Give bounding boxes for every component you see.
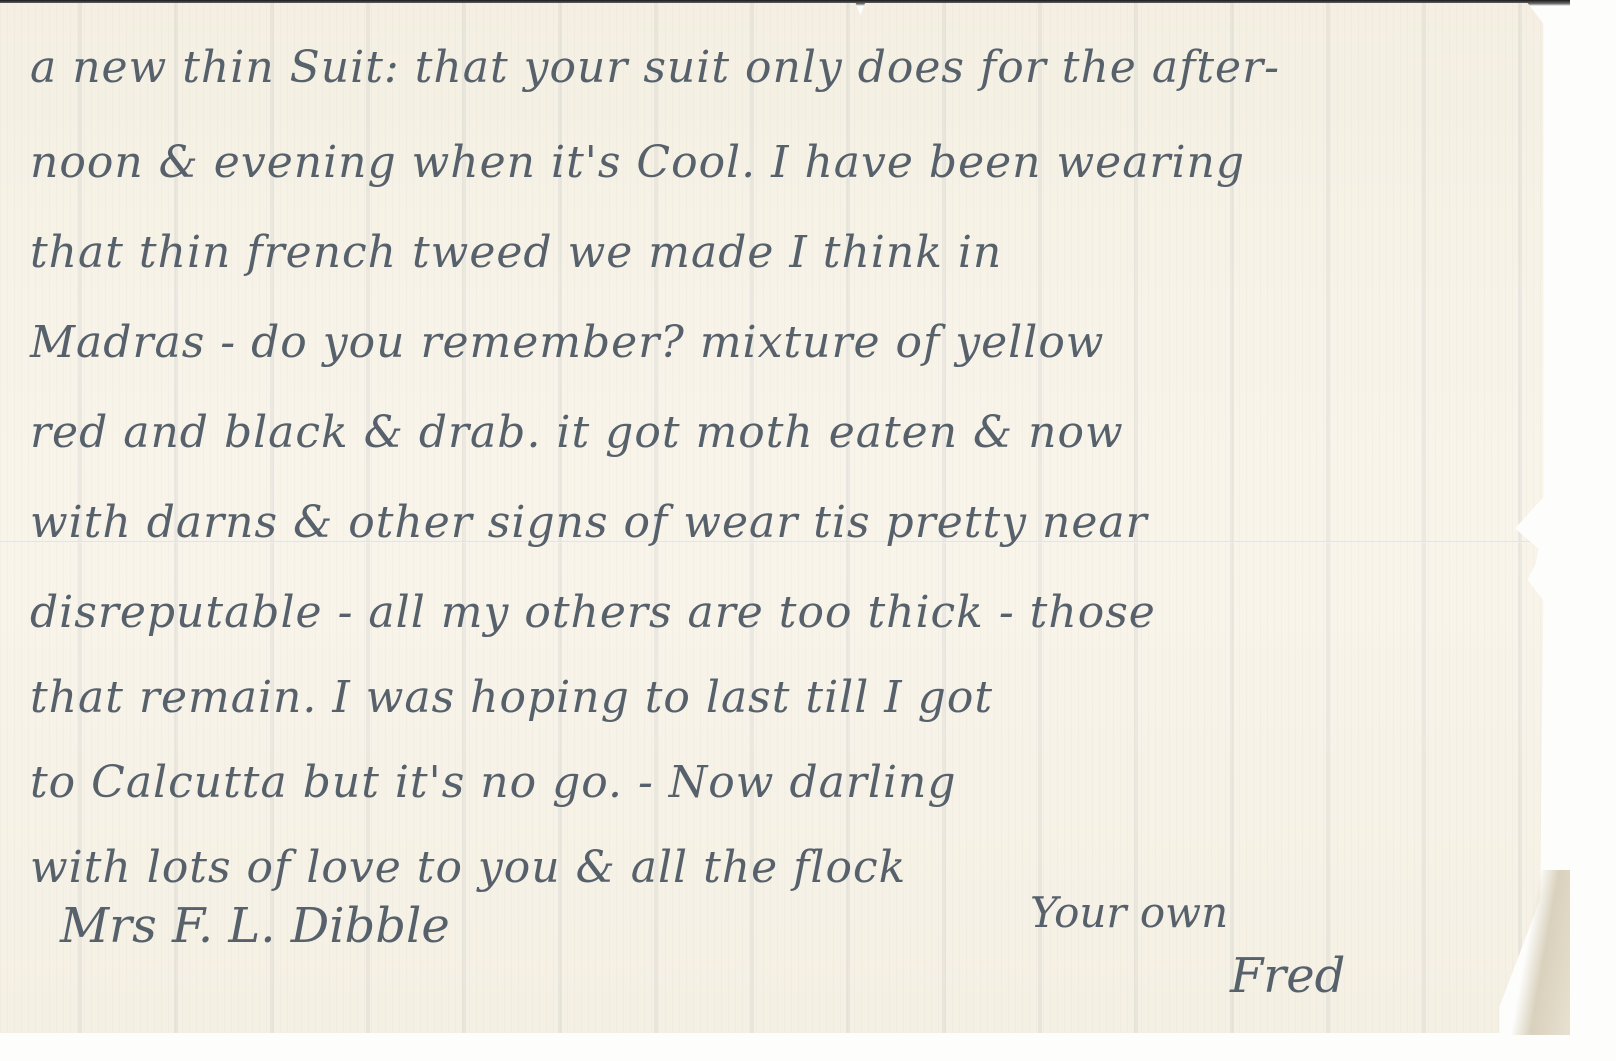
letter-line-9: to Calcutta but it's no go. - Now darlin… [30,738,957,828]
addressee-name: Mrs F. L. Dibble [60,898,450,954]
letter-line-1: a new thin Suit: that your suit only doe… [30,23,1280,113]
letter-line-6: with darns & other signs of wear tis pre… [30,478,1148,568]
signature: Fred [1230,948,1345,1004]
scanned-letter-page: a new thin Suit: that your suit only doe… [0,0,1616,1061]
letter-line-8: that remain. I was hoping to last till I… [30,653,993,743]
letter-closing: Your own [1030,888,1228,937]
letter-line-2: noon & evening when it's Cool. I have be… [30,118,1245,208]
letter-line-5: red and black & drab. it got moth eaten … [30,388,1124,478]
letter-line-7: disreputable - all my others are too thi… [30,568,1156,658]
letter-line-3: that thin french tweed we made I think i… [30,208,1002,298]
letter-paper: a new thin Suit: that your suit only doe… [0,3,1570,1033]
letter-line-4: Madras - do you remember? mixture of yel… [30,298,1104,388]
